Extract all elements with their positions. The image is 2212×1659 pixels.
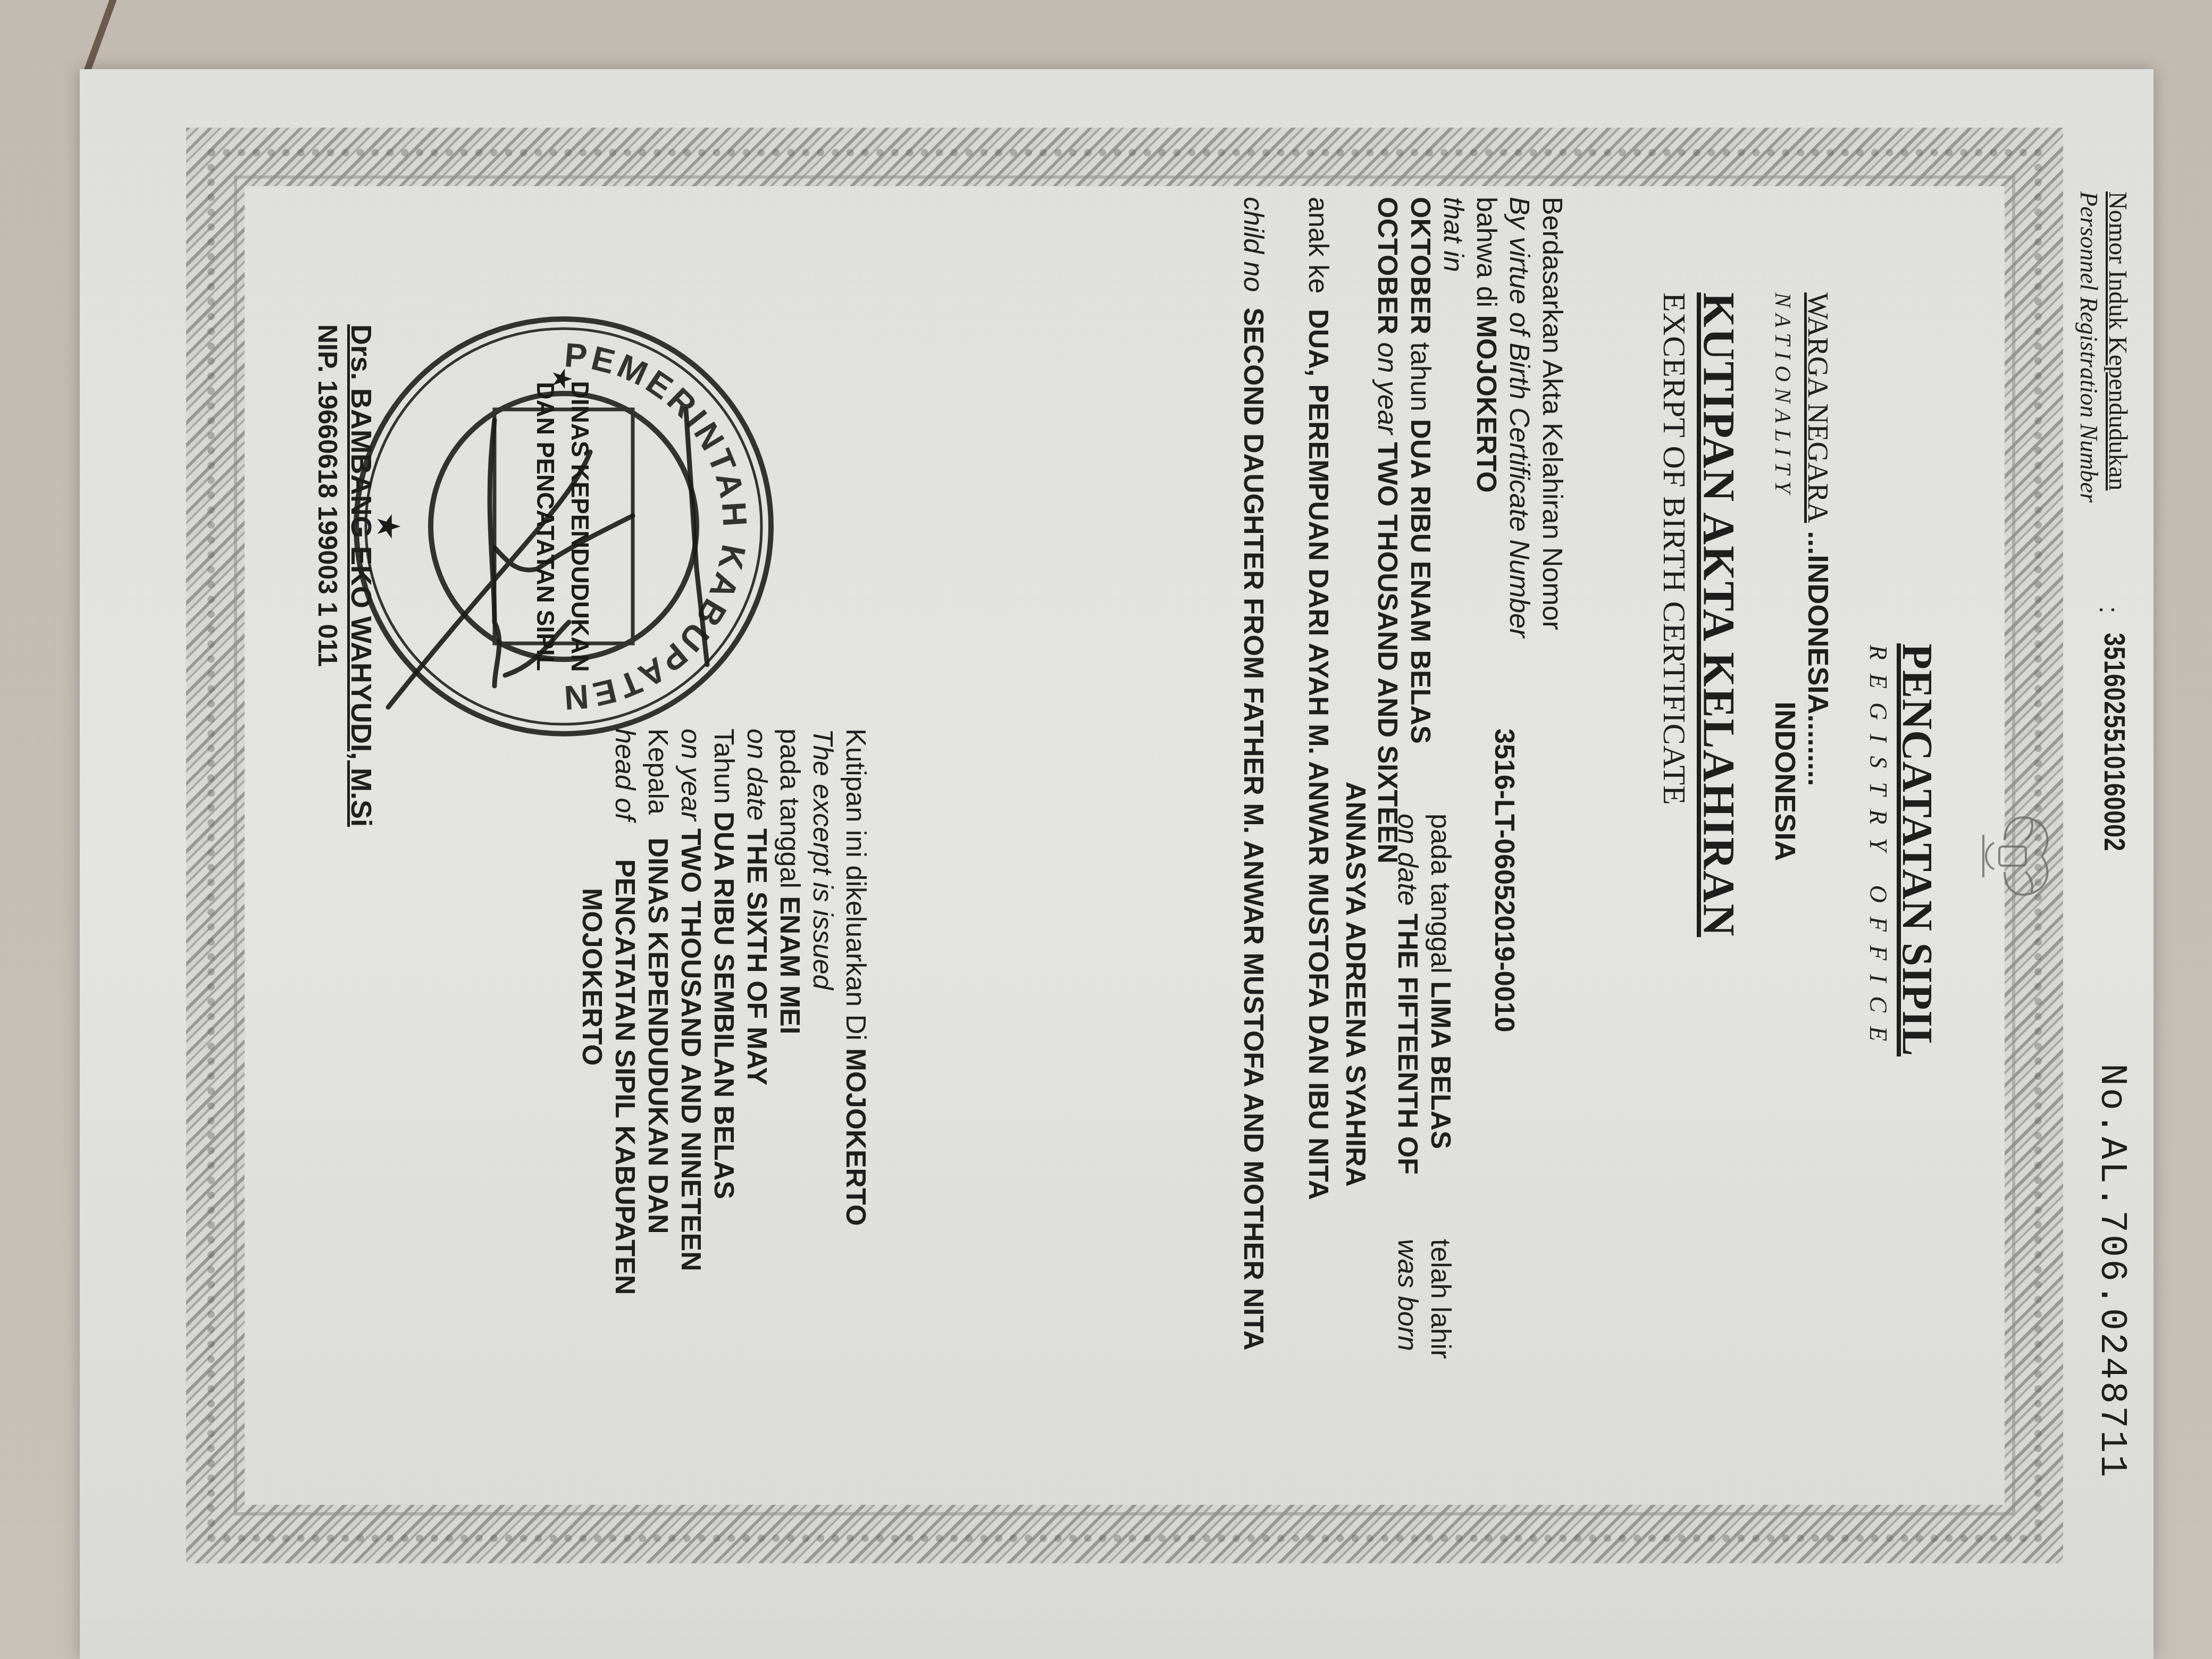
place-value: MOJOKERTO xyxy=(1471,315,1502,493)
nik-label: Nomor Induk Kependudukan Personnel Regis… xyxy=(2075,191,2132,502)
intro-line: Berdasarkan Akta Kelahiran Nomor xyxy=(1536,197,1569,864)
nationality-block: WARGA NEGARA ...INDONESIA......... NATIO… xyxy=(1769,292,1834,861)
head-value-line3: MOJOKERTO xyxy=(575,728,608,1295)
year-value: DUA RIBU ENAM BELAS xyxy=(1405,419,1436,744)
issued-label-en: The excerpt is issued xyxy=(806,728,839,1295)
head-value-line1: DINAS KEPENDUDUKAN DAN xyxy=(642,837,673,1234)
born-block: telah lahir was born xyxy=(1391,1239,1457,1359)
certificate-title: KUTIPAN AKTA KELAHIRAN xyxy=(1692,292,1744,937)
issued-place: MOJOKERTO xyxy=(840,1048,871,1226)
issued-label: Kutipan ini dikeluarkan Di xyxy=(840,728,871,1041)
year-value-en: TWO THOUSAND AND SIXTEEN xyxy=(1372,442,1403,864)
nationality-value-en: INDONESIA xyxy=(1769,702,1801,861)
child-order-label: anak ke xyxy=(1303,197,1334,294)
born-label-en: was born xyxy=(1391,1239,1424,1359)
registry-office-header: PENCATATAN SIPIL REGISTRY OFFICE xyxy=(1864,643,1941,1057)
office-subtitle: REGISTRY OFFICE xyxy=(1864,643,1892,1057)
year-label-en: on year xyxy=(1372,342,1403,434)
nationality-label-en: NATIONALITY xyxy=(1770,292,1795,500)
child-name: ANNASYA ADREENA SYAHIRA xyxy=(1339,782,1372,1187)
certificate-title-block: KUTIPAN AKTA KELAHIRAN EXCERPT OF BIRTH … xyxy=(1656,292,1744,937)
issued-date-value: ENAM MEI xyxy=(774,896,805,1034)
date-value-en: THE FIFTEENTH OF xyxy=(1392,914,1423,1175)
issued-date-label: pada tanggal xyxy=(774,728,805,889)
child-order-value-en: SECOND DAUGHTER FROM FATHER M. ANWAR MUS… xyxy=(1238,307,1269,1350)
garuda-emblem-icon xyxy=(1957,803,2063,909)
child-order-label-en: child no xyxy=(1238,197,1269,292)
signature-scribble xyxy=(356,346,792,718)
born-label: telah lahir xyxy=(1424,1239,1457,1359)
place-label-en: that in xyxy=(1437,197,1470,864)
date-value: LIMA BELAS xyxy=(1425,981,1456,1149)
nik-label-id: Nomor Induk Kependudukan xyxy=(2103,191,2132,502)
child-order-value: DUA, PEREMPUAN DARI AYAH M. ANWAR MUSTOF… xyxy=(1303,309,1334,1200)
place-label: bahwa di xyxy=(1471,197,1502,307)
month-value: OKTOBER xyxy=(1405,197,1436,334)
office-title: PENCATATAN SIPIL xyxy=(1892,643,1941,1057)
issuance-block: Kutipan ini dikeluarkan Di MOJOKERTO The… xyxy=(575,728,872,1295)
date-label: pada tanggal xyxy=(1425,814,1456,974)
month-value-en: OCTOBER xyxy=(1372,197,1403,334)
head-value-line2: PENCATATAN SIPIL KABUPATEN xyxy=(609,859,640,1295)
date-label-en: on date xyxy=(1392,814,1423,906)
nik-value: 3516025510160002 xyxy=(2098,633,2132,851)
birth-certificate-page: Nomor Induk Kependudukan Personnel Regis… xyxy=(80,69,2154,1659)
certificate-number: 3516-LT-06052019-0010 xyxy=(1488,728,1521,1032)
intro-block: Berdasarkan Akta Kelahiran Nomor By virt… xyxy=(1371,197,1569,864)
signatory-name: Drs. BAMBANG EKO WAHYUDI, M.Si xyxy=(345,324,378,827)
child-order-block: anak ke DUA, PEREMPUAN DARI AYAH M. ANWA… xyxy=(1237,197,1335,1351)
certificate-content: Nomor Induk Kependudukan Personnel Regis… xyxy=(80,69,2154,1659)
birth-date-block: pada tanggal LIMA BELAS on date THE FIFT… xyxy=(1391,814,1457,1175)
nationality-value: ...INDONESIA......... xyxy=(1802,531,1834,786)
certificate-title-en: EXCERPT OF BIRTH CERTIFICATE xyxy=(1656,292,1692,937)
issued-year-value-en: TWO THOUSAND AND NINETEEN xyxy=(675,828,706,1271)
year-label: tahun xyxy=(1405,342,1436,412)
nik-label-en: Personnel Registration Number xyxy=(2075,191,2103,502)
issued-date-value-en: THE SIXTH OF MAY xyxy=(741,828,772,1085)
issued-year-value: DUA RIBU SEMBILAN BELAS xyxy=(708,811,739,1199)
signatory-nip: NIP. 19660618 199003 1 011 xyxy=(312,324,343,667)
nik-colon: : xyxy=(2093,606,2124,614)
nationality-label: WARGA NEGARA xyxy=(1802,292,1834,523)
serial-number: No.AL.706.0248711 xyxy=(2090,1063,2132,1479)
